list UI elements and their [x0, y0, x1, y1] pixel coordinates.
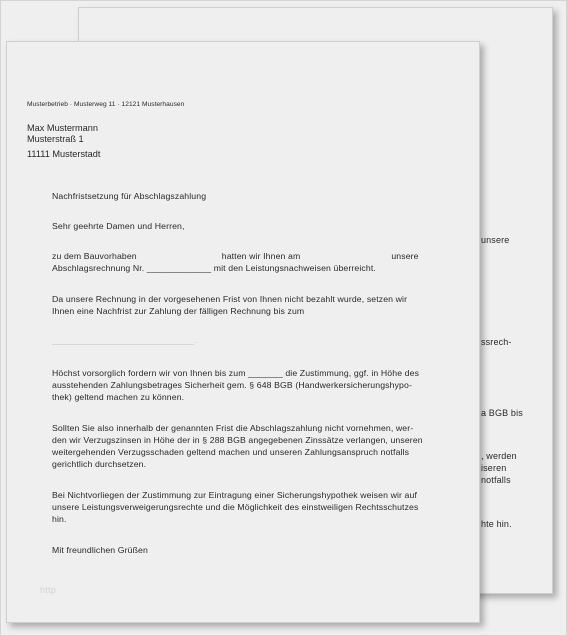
paragraph-line: Da unsere Rechnung in der vorgesehenen F…	[52, 293, 462, 305]
deadline-blank-field	[52, 344, 194, 345]
paragraph-line: ausstehenden Zahlungsbetrages Sicherheit…	[52, 379, 462, 391]
paragraph-line: Bei Nichtvorliegen der Zustimmung zur Ei…	[52, 489, 462, 501]
sender-address-line: Musterbetrieb · Musterweg 11 · 12121 Mus…	[27, 101, 184, 108]
project-label: zu dem Bauvorhaben	[52, 251, 137, 261]
paragraph-deadline: Da unsere Rechnung in der vorgesehenen F…	[52, 293, 462, 317]
watermark: http	[40, 585, 56, 595]
paragraph-line: Sollten Sie also innerhalb der genannten…	[52, 422, 462, 434]
paragraph-line: unsere Leistungsverweigerungsrechte und …	[52, 501, 462, 513]
recipient-street: Musterstraß 1	[27, 134, 84, 144]
paragraph-line: thek) geltend machen zu können.	[52, 391, 462, 403]
letter-page: Musterbetrieb · Musterweg 11 · 12121 Mus…	[6, 41, 480, 623]
recipient-name: Max Mustermann	[27, 123, 98, 133]
back-page-fragment: ssrech-	[481, 336, 512, 348]
salutation: Sehr geehrte Damen und Herren,	[52, 220, 462, 232]
paragraph-rights: Bei Nichtvorliegen der Zustimmung zur Ei…	[52, 489, 462, 525]
letter-subject: Nachfristsetzung für Abschlagszahlung	[52, 190, 462, 202]
back-page-fragment: unsere	[481, 234, 509, 246]
paragraph-interest: Sollten Sie also innerhalb der genannten…	[52, 422, 462, 470]
paragraph-line: Abschlagsrechnung Nr. _____________ mit …	[52, 262, 462, 274]
recipient-city: 11111 Musterstadt	[27, 149, 100, 159]
paragraph-line: zu dem Bauvorhabenhatten wir Ihnen amuns…	[52, 250, 462, 262]
paragraph-line: Höchst vorsorglich fordern wir von Ihnen…	[52, 367, 462, 379]
back-page-fragment: , werden	[481, 450, 517, 462]
paragraph-line: hin.	[52, 513, 462, 525]
invoice-label: unsere	[391, 251, 418, 261]
back-page-fragment: notfalls	[481, 474, 511, 486]
date-label: hatten wir Ihnen am	[222, 251, 301, 261]
paragraph-project: zu dem Bauvorhabenhatten wir Ihnen amuns…	[52, 250, 462, 274]
closing: Mit freundlichen Grüßen	[52, 544, 462, 556]
blank-suffix: .	[195, 336, 197, 345]
paragraph-security: Höchst vorsorglich fordern wir von Ihnen…	[52, 367, 462, 403]
paragraph-line: weitergehenden Verzugsschaden geltend ma…	[52, 446, 462, 458]
paragraph-line: gerichtlich durchsetzen.	[52, 458, 462, 470]
paragraph-line: Ihnen eine Nachfrist zur Zahlung der fäl…	[52, 305, 462, 317]
back-page-fragment: a BGB bis	[481, 407, 523, 419]
paragraph-line: den wir Verzugszinsen in Höhe der in § 2…	[52, 434, 462, 446]
back-page-fragment: hte hin.	[481, 518, 512, 530]
back-page-fragment: iseren	[481, 462, 506, 474]
